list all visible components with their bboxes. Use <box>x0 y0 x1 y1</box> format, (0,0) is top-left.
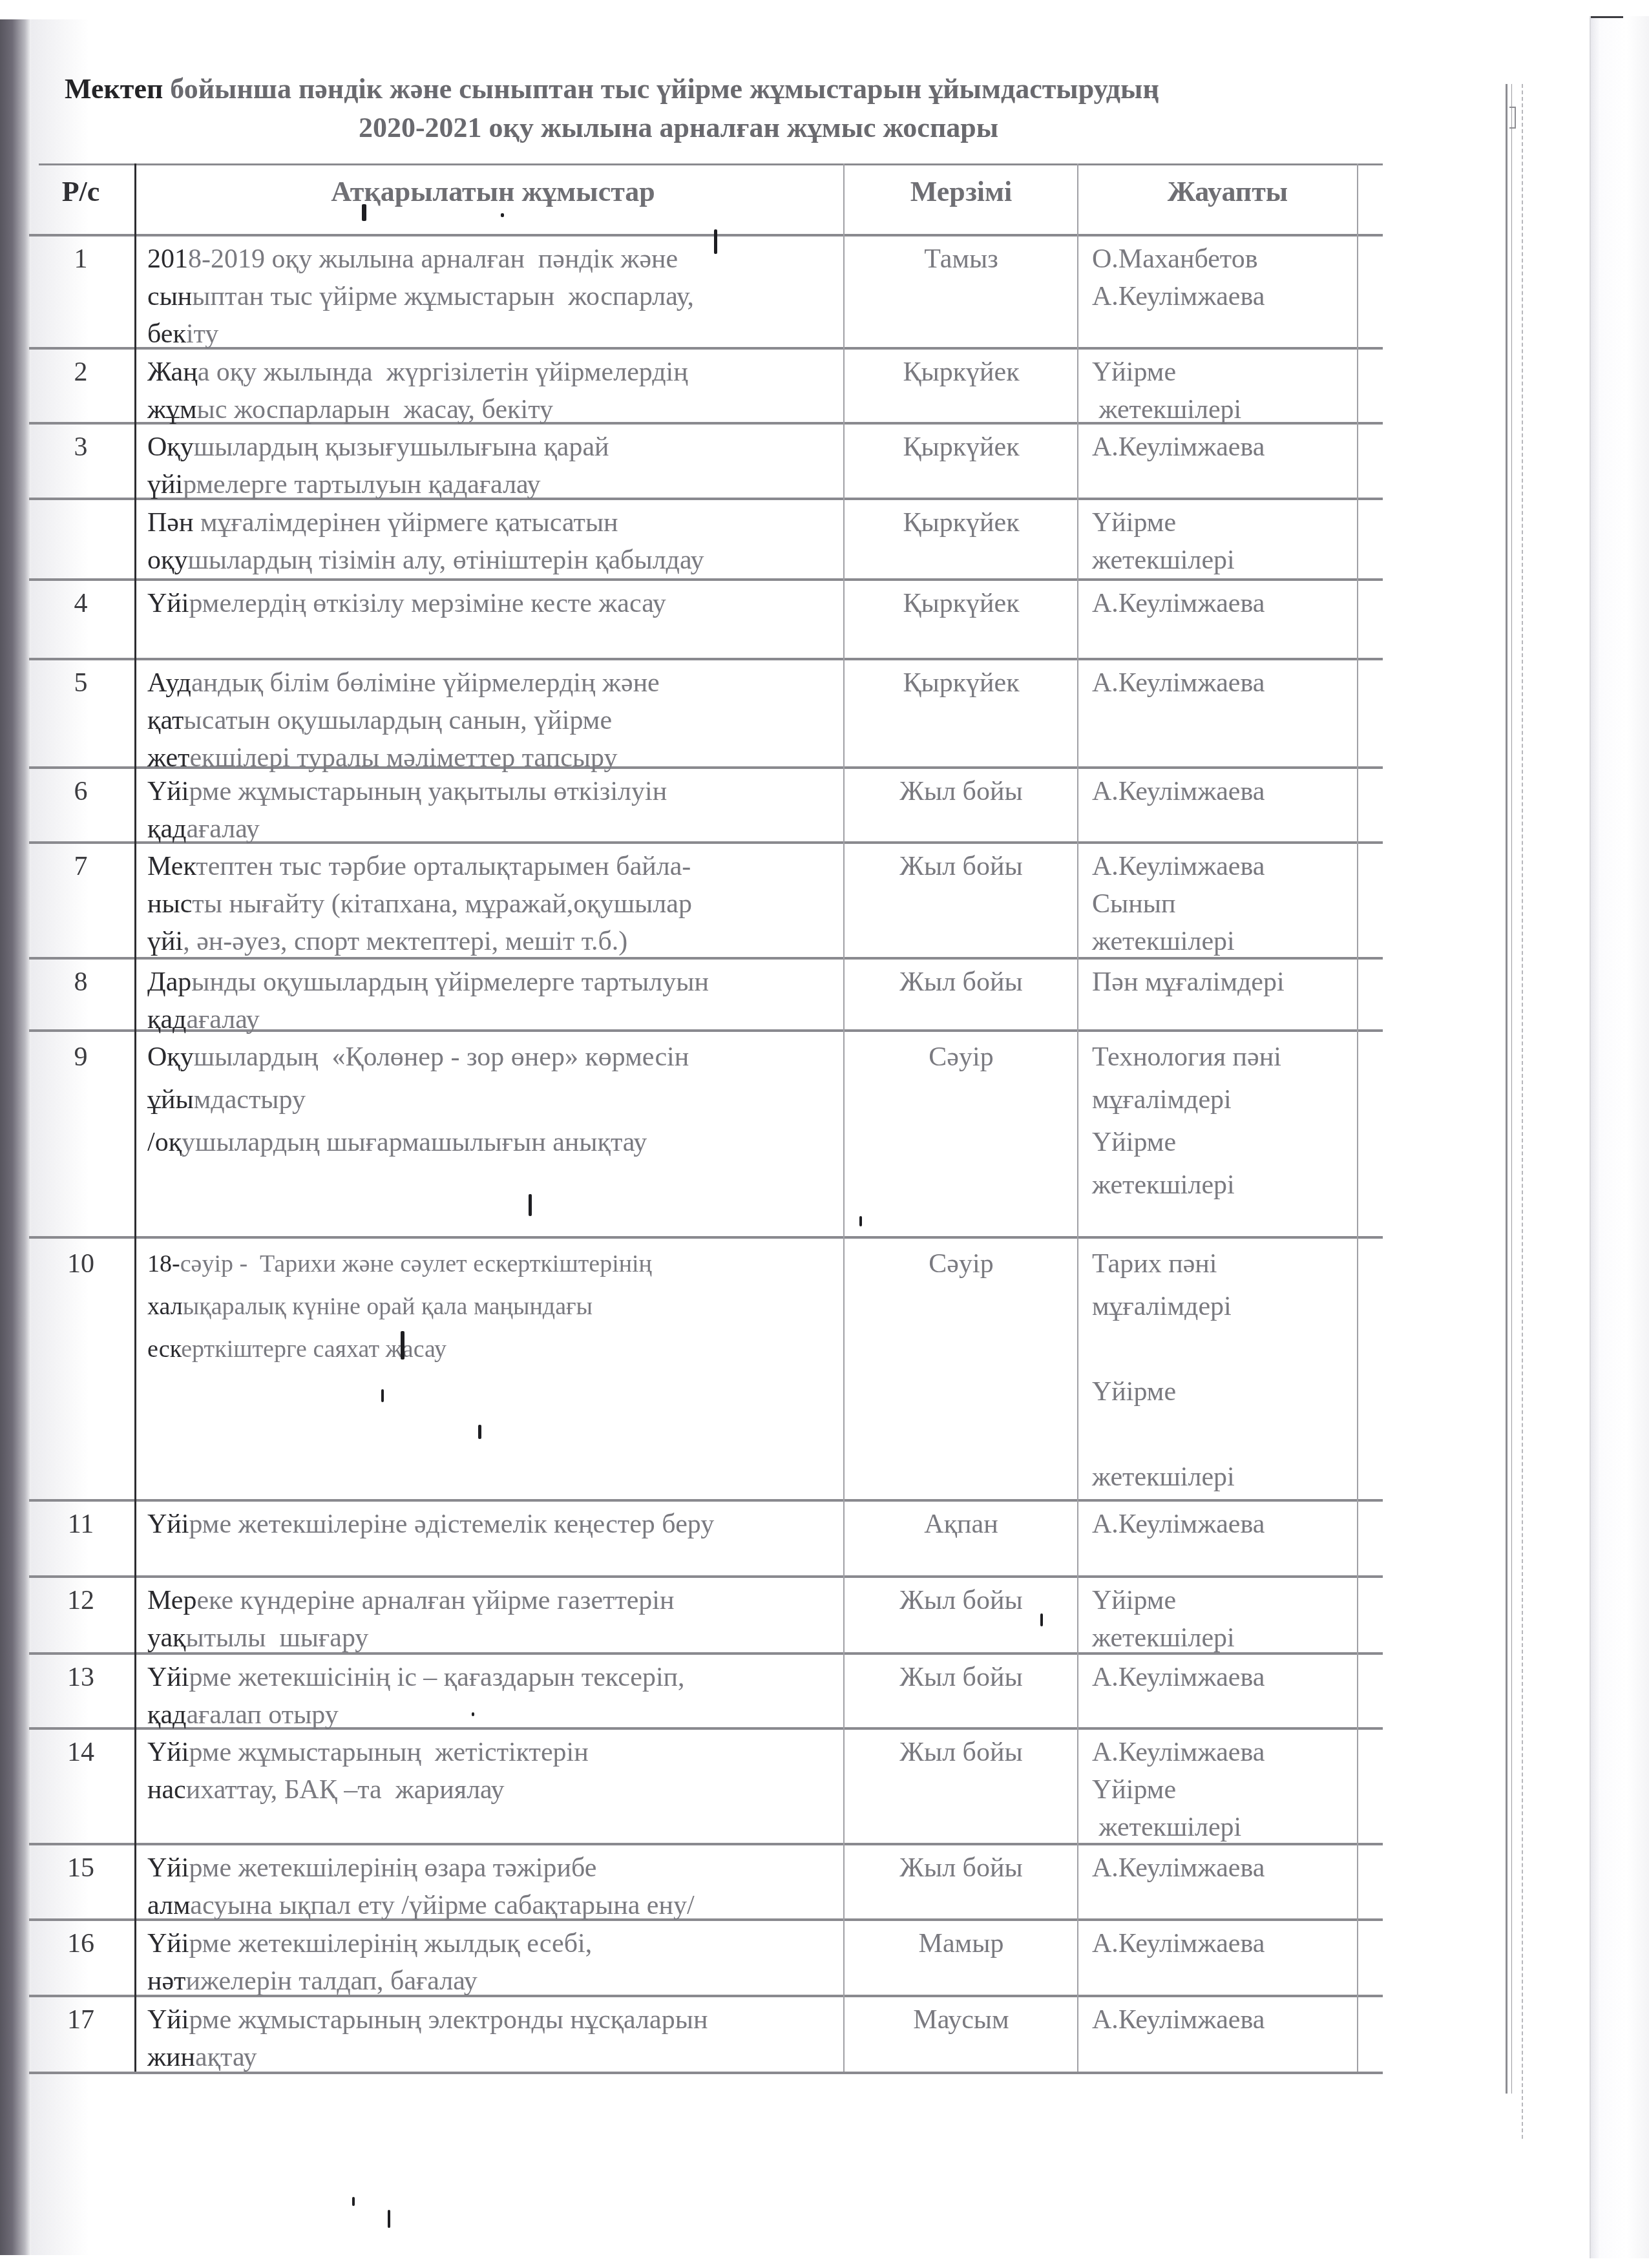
row-number: 9 <box>39 1036 123 1078</box>
row-number: 8 <box>39 963 123 1001</box>
table-rule <box>29 1575 1383 1578</box>
title-lead: Мектеп <box>65 73 163 105</box>
row-work: Үйірмелердің өткізілу мерзіміне кесте жа… <box>147 585 839 622</box>
work-line: Дарынды оқушылардың үйірмелерге тартылуы… <box>147 963 839 1001</box>
work-line: сыныптан тыс үйірме жұмыстарын жоспарлау… <box>147 278 839 315</box>
responsible-line: жетекшілері <box>1092 1164 1363 1206</box>
row-term: Ақпан <box>846 1506 1076 1543</box>
responsible-line: Үйірме <box>1092 1121 1363 1164</box>
work-line: халықаралық күніне орай қала маңындағы <box>147 1285 839 1328</box>
column-divider <box>843 163 845 2072</box>
row-number: 3 <box>39 428 123 466</box>
row-number: 7 <box>39 848 123 885</box>
scan-edge-right <box>1590 16 1649 2258</box>
work-line: бекіту <box>147 315 839 353</box>
responsible-line: мұғалімдері <box>1092 1285 1363 1328</box>
responsible-line: О.Маханбетов <box>1092 240 1363 278</box>
work-line: Үйірмелердің өткізілу мерзіміне кесте жа… <box>147 585 839 622</box>
row-responsible: А.Кеулімжаева <box>1092 1849 1363 1887</box>
responsible-line: Үйірме <box>1092 1370 1363 1413</box>
row-number: 4 <box>39 585 123 622</box>
row-work: Үйірме жетекшісінің іс – қағаздарын текс… <box>147 1659 839 1734</box>
row-number: 1 <box>39 240 123 278</box>
responsible-line: жетекшілері <box>1092 1456 1363 1498</box>
responsible-line: А.Кеулімжаева <box>1092 278 1363 315</box>
work-line: Мереке күндеріне арналған үйірме газетте… <box>147 1582 839 1619</box>
work-line: нысты нығайту (кітапхана, мұражай,оқушыл… <box>147 885 839 923</box>
responsible-line: А.Кеулімжаева <box>1092 1506 1363 1543</box>
work-line: Үйірме жұмыстарының уақытылы өткізілуін <box>147 773 839 810</box>
work-line: ұйымдастыру <box>147 1078 839 1121</box>
column-divider <box>134 163 136 2072</box>
work-line: үйірмелерге тартылуын қадағалау <box>147 466 839 503</box>
work-line: жетекшілері туралы мәліметтер тапсыру <box>147 739 839 777</box>
work-line: қадағалау <box>147 810 839 848</box>
table-rule <box>29 1499 1383 1502</box>
row-responsible: А.Кеулімжаева <box>1092 664 1363 702</box>
row-number: 15 <box>39 1849 123 1887</box>
header-number: Р/с <box>39 173 123 211</box>
row-term: Қыркүйек <box>846 585 1076 622</box>
row-work: Мереке күндеріне арналған үйірме газетте… <box>147 1582 839 1657</box>
column-divider <box>1077 163 1078 2072</box>
responsible-line: Үйірме <box>1092 504 1363 541</box>
row-number: 2 <box>39 353 123 391</box>
work-line: үйі, ән-әуез, спорт мектептері, мешіт т.… <box>147 923 839 960</box>
row-term: Жыл бойы <box>846 1734 1076 1771</box>
work-line: Үйірме жұмыстарының жетістіктерін <box>147 1734 839 1771</box>
work-line: қадағалап отыру <box>147 1696 839 1734</box>
row-work: Үйірме жұмыстарының уақытылы өткізілуінқ… <box>147 773 839 848</box>
work-line: /оқушылардың шығармашылығын анықтау <box>147 1121 839 1164</box>
table-rule <box>29 658 1383 660</box>
row-responsible: Технология пәнімұғалімдеріҮйірмежетекшіл… <box>1092 1036 1363 1206</box>
row-responsible: А.Кеулімжаева <box>1092 585 1363 622</box>
responsible-line: Үйірме <box>1092 353 1363 391</box>
work-line: оқушылардың тізімін алу, өтініштерін қаб… <box>147 541 839 579</box>
row-responsible: А.Кеулімжаева <box>1092 1506 1363 1543</box>
row-work: Үйірме жетекшілеріне әдістемелік кеңесте… <box>147 1506 839 1543</box>
responsible-line: Сынып <box>1092 885 1363 923</box>
responsible-line: А.Кеулімжаева <box>1092 848 1363 885</box>
row-responsible: О.МаханбетовА.Кеулімжаева <box>1092 240 1363 315</box>
row-term: Мамыр <box>846 1925 1076 1962</box>
row-number: 16 <box>39 1925 123 1962</box>
table-rule <box>29 234 1383 236</box>
row-responsible: А.Кеулімжаева <box>1092 1659 1363 1696</box>
row-responsible: Пән мұғалімдері <box>1092 963 1363 1001</box>
table-rule <box>29 1236 1383 1239</box>
responsible-line: А.Кеулімжаева <box>1092 1659 1363 1696</box>
page-border-bracket <box>1509 107 1516 129</box>
row-responsible: Үйірмежетекшілері <box>1092 1582 1363 1657</box>
row-number: 13 <box>39 1659 123 1696</box>
work-line: Жаңа оқу жылында жүргізілетін үйірмелерд… <box>147 353 839 391</box>
row-term: Сәуір <box>846 1243 1076 1285</box>
work-line: 2018-2019 оқу жылына арналған пәндік жән… <box>147 240 839 278</box>
work-line: Пән мұғалімдерінен үйірмеге қатысатын <box>147 504 839 541</box>
row-work: Үйірме жетекшілерінің жылдық есебі,нәтиж… <box>147 1925 839 2000</box>
row-number: 17 <box>39 2001 123 2039</box>
responsible-line: жетекшілері <box>1092 1809 1363 1846</box>
row-responsible: А.КеулімжаеваСыныпжетекшілері <box>1092 848 1363 960</box>
scan-mark <box>1591 16 1623 18</box>
work-line: Оқушылардың «Қолөнер - зор өнер» көрмесі… <box>147 1036 839 1078</box>
responsible-line: А.Кеулімжаева <box>1092 1925 1363 1962</box>
work-line: қадағалау <box>147 1001 839 1038</box>
row-responsible: Үйірмежетекшілері <box>1092 504 1363 579</box>
row-responsible: А.Кеулімжаева <box>1092 428 1363 466</box>
responsible-line: Тарих пәні <box>1092 1243 1363 1285</box>
document-title-line-2: 2020-2021 оқу жылына арналған жұмыс жосп… <box>0 111 1357 144</box>
work-line: Оқушылардың қызығушылығына қарай <box>147 428 839 466</box>
scan-edge-left <box>0 19 31 2255</box>
work-line: Үйірме жұмыстарының электронды нұсқалары… <box>147 2001 839 2039</box>
page-border-rule <box>1506 84 1512 2094</box>
work-line: қатысатын оқушылардың санын, үйірме <box>147 702 839 739</box>
responsible-line: мұғалімдері <box>1092 1078 1363 1121</box>
row-responsible: А.КеулімжаеваҮйірме жетекшілері <box>1092 1734 1363 1846</box>
work-line: жұмыс жоспарларын жасау, бекіту <box>147 391 839 428</box>
row-work: Үйірме жұмыстарының электронды нұсқалары… <box>147 2001 839 2076</box>
row-term: Қыркүйек <box>846 353 1076 391</box>
work-line: уақытылы шығару <box>147 1619 839 1657</box>
row-responsible: Тарих пәнімұғалімдеріҮйірмежетекшілері <box>1092 1243 1363 1498</box>
responsible-line: А.Кеулімжаева <box>1092 428 1363 466</box>
responsible-line: А.Кеулімжаева <box>1092 773 1363 810</box>
row-work: Мектептен тыс тәрбие орталықтарымен байл… <box>147 848 839 960</box>
responsible-line <box>1092 1328 1363 1370</box>
work-line: жинақтау <box>147 2039 839 2076</box>
row-responsible: А.Кеулімжаева <box>1092 1925 1363 1962</box>
responsible-line: жетекшілері <box>1092 541 1363 579</box>
responsible-line: А.Кеулімжаева <box>1092 585 1363 622</box>
row-number: 5 <box>39 664 123 702</box>
row-responsible: А.Кеулімжаева <box>1092 773 1363 810</box>
row-responsible: Үйірме жетекшілері <box>1092 353 1363 428</box>
responsible-line: Үйірме <box>1092 1582 1363 1619</box>
responsible-line: Технология пәні <box>1092 1036 1363 1078</box>
responsible-line: жетекшілері <box>1092 391 1363 428</box>
row-work: Үйірме жұмыстарының жетістіктеріннасихат… <box>147 1734 839 1809</box>
row-number: 6 <box>39 773 123 810</box>
row-work: Оқушылардың «Қолөнер - зор өнер» көрмесі… <box>147 1036 839 1164</box>
row-work: Пән мұғалімдерінен үйірмеге қатысатыноқу… <box>147 504 839 579</box>
row-number: 10 <box>39 1243 123 1285</box>
row-term: Сәуір <box>846 1036 1076 1078</box>
row-work: Аудандық білім бөліміне үйірмелердің жән… <box>147 664 839 777</box>
responsible-line: А.Кеулімжаева <box>1092 1849 1363 1887</box>
row-term: Жыл бойы <box>846 1659 1076 1696</box>
work-line: нәтижелерін талдап, бағалау <box>147 1962 839 2000</box>
row-term: Жыл бойы <box>846 963 1076 1001</box>
page-border-dashed <box>1522 84 1524 2139</box>
row-number: 14 <box>39 1734 123 1771</box>
header-responsible: Жауапты <box>1092 173 1363 211</box>
row-responsible: А.Кеулімжаева <box>1092 2001 1363 2039</box>
row-work: Оқушылардың қызығушылығына қарайүйірмеле… <box>147 428 839 503</box>
work-line: Мектептен тыс тәрбие орталықтарымен байл… <box>147 848 839 885</box>
responsible-line <box>1092 1413 1363 1456</box>
row-term: Жыл бойы <box>846 848 1076 885</box>
row-work: 2018-2019 оқу жылына арналған пәндік жән… <box>147 240 839 353</box>
row-work: 18-сәуір - Тарихи және сәулет ескерткішт… <box>147 1243 839 1370</box>
table-rule <box>39 163 1383 165</box>
row-work: Дарынды оқушылардың үйірмелерге тартылуы… <box>147 963 839 1038</box>
responsible-line: А.Кеулімжаева <box>1092 664 1363 702</box>
header-term: Мерзімі <box>846 173 1076 211</box>
responsible-line: А.Кеулімжаева <box>1092 1734 1363 1771</box>
row-term: Қыркүйек <box>846 664 1076 702</box>
work-line: ескерткіштерге саяхат жасау <box>147 1328 839 1370</box>
row-term: Жыл бойы <box>846 773 1076 810</box>
responsible-line: жетекшілері <box>1092 1619 1363 1657</box>
work-line: Үйірме жетекшісінің іс – қағаздарын текс… <box>147 1659 839 1696</box>
work-line: Үйірме жетекшілерінің өзара тәжірибе <box>147 1849 839 1887</box>
work-line: Үйірме жетекшілеріне әдістемелік кеңесте… <box>147 1506 839 1543</box>
row-number: 11 <box>39 1506 123 1543</box>
row-term: Қыркүйек <box>846 504 1076 541</box>
responsible-line: Пән мұғалімдері <box>1092 963 1363 1001</box>
header-work: Атқарылатын жұмыстар <box>147 173 839 211</box>
responsible-line: Үйірме <box>1092 1771 1363 1809</box>
row-term: Қыркүйек <box>846 428 1076 466</box>
responsible-line: А.Кеулімжаева <box>1092 2001 1363 2039</box>
work-line: Үйірме жетекшілерінің жылдық есебі, <box>147 1925 839 1962</box>
work-line: 18-сәуір - Тарихи және сәулет ескерткішт… <box>147 1243 839 1285</box>
work-line: насихаттау, БАҚ –та жариялау <box>147 1771 839 1809</box>
work-line: Аудандық білім бөліміне үйірмелердің жән… <box>147 664 839 702</box>
title-rest: бойынша пәндік және сыныптан тыс үйірме … <box>163 73 1159 105</box>
row-number: 12 <box>39 1582 123 1619</box>
work-line: алмасуына ықпал ету /үйірме сабақтарына … <box>147 1887 839 1924</box>
row-term: Жыл бойы <box>846 1849 1076 1887</box>
document-title-line-1: Мектеп бойынша пәндік және сыныптан тыс … <box>65 72 1357 105</box>
row-term: Тамыз <box>846 240 1076 278</box>
row-term: Маусым <box>846 2001 1076 2039</box>
responsible-line: жетекшілері <box>1092 923 1363 960</box>
row-work: Жаңа оқу жылында жүргізілетін үйірмелерд… <box>147 353 839 428</box>
row-work: Үйірме жетекшілерінің өзара тәжірибеалма… <box>147 1849 839 1924</box>
